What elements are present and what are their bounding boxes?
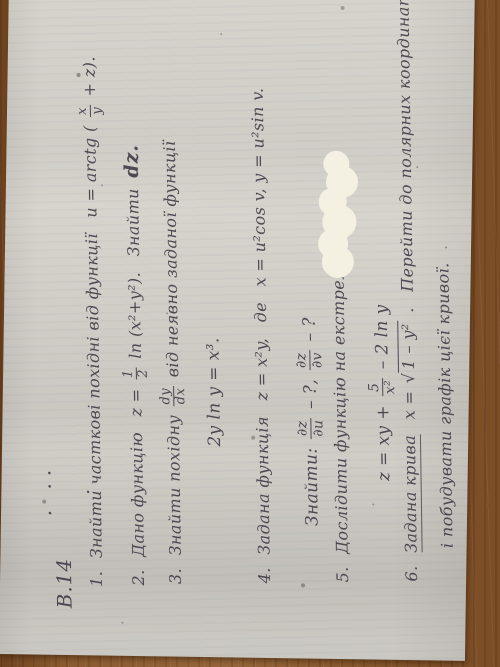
problem-1-text: Знайти часткові похідні від функції xyxy=(82,233,106,558)
variant-number: В.14 xyxy=(52,558,77,609)
problem-2-number: 2. xyxy=(129,569,148,585)
problem-1-formula-end: + z). xyxy=(79,56,99,97)
problem-2: 2. Дано функцію z = 1 2 ln (x²+y²). Знай… xyxy=(118,144,154,586)
extremum-formula-end: – 2 ln y xyxy=(372,304,393,369)
fraction-denominator: dx xyxy=(174,386,188,407)
ink-dots: · ·· xyxy=(37,463,62,517)
fraction-numerator: 1 xyxy=(122,367,137,380)
problem-4-formula: z = x²y, xyxy=(251,338,271,401)
problem-4-find: Знайти: ∂z ∂u – ?, ∂z ∂v – ? xyxy=(294,317,328,526)
fraction-numerator: dy xyxy=(159,386,174,407)
problem-3-text: Знайти похідну xyxy=(164,415,185,556)
problem-4: 4. Задана функція z = x²y, де x = u²cos … xyxy=(248,88,274,584)
problem-2-text: Дано функцію xyxy=(127,432,148,557)
fraction-numerator: ∂z xyxy=(295,418,311,439)
problem-1-formula-start: u = arctg ( xyxy=(80,125,100,218)
problem-2-task: Знайти xyxy=(123,188,143,257)
problem-1-number: 1. xyxy=(87,571,106,587)
problem-3: 3. Знайти похідну dy dx від неявно задан… xyxy=(155,140,191,584)
question-mark-1: – ?, xyxy=(301,379,321,409)
radical-sign: √ xyxy=(399,372,418,383)
question-mark-2: – ? xyxy=(300,317,320,342)
paper-sheet: · ·· · В.14 1. Знайти часткові похідні в… xyxy=(0,0,475,661)
fraction-dy-over-dx: dy dx xyxy=(159,386,189,407)
problem-4-number: 4. xyxy=(255,567,274,583)
find-label: Знайти: xyxy=(302,447,323,526)
problem-6-task-line-2: і побудувати графік цієї кривої. xyxy=(433,262,456,548)
problem-4-where: де xyxy=(251,302,270,323)
fraction-denominator: ∂u xyxy=(311,418,326,439)
fraction-numerator: x xyxy=(76,105,91,117)
square-root: √1 – y² xyxy=(398,320,418,383)
problem-5: 5. Дослідити функцію на екстремум xyxy=(328,243,352,583)
variant-label: В.14 xyxy=(52,558,77,609)
problem-6-task: Перейти до полярних координат xyxy=(393,0,416,292)
problem-5-number: 5. xyxy=(333,566,352,582)
problem-3-formula: 2y ln y = x³. xyxy=(203,337,225,447)
fraction-one-half: 1 2 xyxy=(122,367,152,380)
problem-5-formula: z = xy + 5 x² – 2 ln y xyxy=(366,304,400,481)
problem-4-substitutions: x = u²cos v, y = u²sin v. xyxy=(248,88,270,287)
radicand: 1 – y² xyxy=(397,320,418,373)
fraction-denominator: y xyxy=(91,105,105,117)
problem-2-dz: dz. xyxy=(121,144,143,178)
fraction-dz-over-du: ∂z ∂u xyxy=(295,418,326,439)
curve-formula-end: . xyxy=(398,307,417,313)
problem-2-formula-end: ln (x²+y²). xyxy=(125,272,145,359)
fraction-denominator: 2 xyxy=(137,367,151,380)
fraction-denominator: x² xyxy=(383,378,398,396)
fraction-denominator: ∂v xyxy=(310,350,325,370)
problem-3-number: 3. xyxy=(166,568,185,584)
handwritten-page: · ·· · В.14 1. Знайти часткові похідні в… xyxy=(2,0,472,650)
fraction-x-over-y: x y xyxy=(76,105,106,117)
fraction-numerator: 5 xyxy=(367,378,383,396)
implicit-function-formula: 2y ln y = x³. xyxy=(203,337,225,447)
problem-5-text: Дослідити функцію на екстремум xyxy=(328,243,352,554)
extremum-formula-start: z = xy + xyxy=(373,405,394,481)
problem-4-text: Задана функція xyxy=(253,416,274,555)
fraction-numerator: ∂z xyxy=(294,350,310,370)
problem-6: 6. Задана крива x = √1 – y² . Перейти до… xyxy=(393,0,421,582)
problem-6-number: 6. xyxy=(402,565,421,581)
build-graph-text: і побудувати графік цієї кривої. xyxy=(433,262,456,548)
fraction-5-over-x-squared: 5 x² xyxy=(367,378,398,397)
fraction-dz-over-dv: ∂z ∂v xyxy=(294,350,325,370)
problem-3-text-end: від неявно заданої функції xyxy=(160,140,183,377)
problem-1: 1. Знайти часткові похідні від функції u… xyxy=(75,56,112,587)
curve-formula-start: x = xyxy=(399,391,418,420)
problem-2-formula-start: z = xyxy=(126,388,145,416)
problem-6-text: Задана крива xyxy=(400,435,423,553)
